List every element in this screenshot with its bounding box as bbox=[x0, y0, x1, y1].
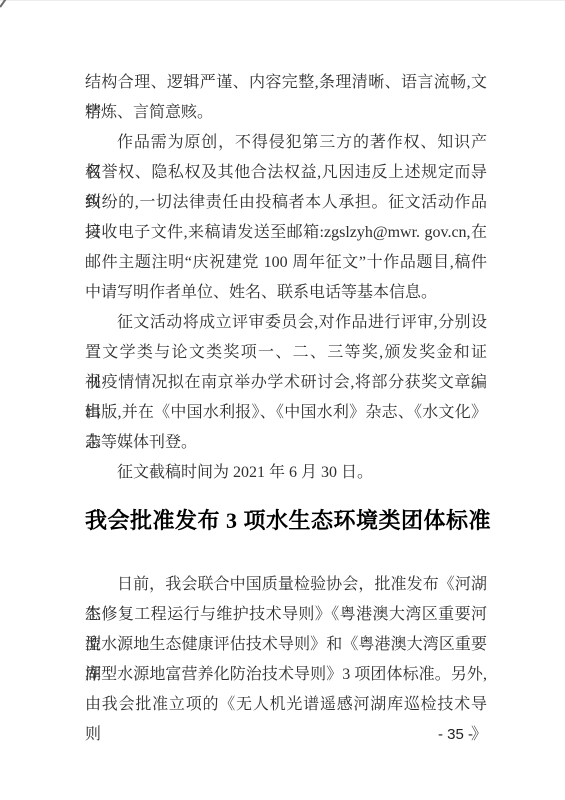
text-line: 置文学类与论文类奖项一、二、三等奖,颁发奖金和证书。 bbox=[85, 338, 487, 368]
text-line: 日前，我会联合中国质量检验协会，批准发布《河湖生 bbox=[85, 570, 487, 600]
section-heading: 我会批准发布 3 项水生态环境类团体标准 bbox=[85, 504, 487, 538]
text-line: 作品需为原创，不得侵犯第三方的著作权、知识产权、 bbox=[85, 128, 487, 158]
text-line: 出版,并在《中国水利报》、《中国水利》杂志、《水文化》杂 bbox=[85, 398, 487, 428]
text-line: 征文截稿时间为 2021 年 6 月 30 日。 bbox=[85, 458, 487, 488]
text-line: 志等媒体刊登。 bbox=[85, 428, 487, 458]
text-line: 名誉权、隐私权及其他合法权益,凡因违反上述规定而导致 bbox=[85, 158, 487, 188]
text-line: 态修复工程运行与维护技术导则》《粤港澳大湾区重要河流 bbox=[85, 600, 487, 630]
scan-artifact bbox=[0, 0, 7, 8]
text-line: 精炼、言简意赅。 bbox=[85, 98, 487, 128]
text-line: 视疫情情况拟在南京举办学术研讨会,将部分获奖文章编辑 bbox=[85, 368, 487, 398]
page-number: - 35 - bbox=[438, 726, 473, 743]
text-line: 由我会批准立项的《无人机光谱遥感河湖库巡检技术导则》 bbox=[85, 690, 487, 720]
text-line: 邮件主题注明“庆祝建党 100 周年征文”十作品题目,稿件 bbox=[85, 248, 487, 278]
text-line: 纠纷的,一切法律责任由投稿者本人承担。征文活动作品只 bbox=[85, 188, 487, 218]
text-line: 结构合理、逻辑严谨、内容完整,条理清晰、语言流畅,文字 bbox=[85, 68, 487, 98]
document-page: 结构合理、逻辑严谨、内容完整,条理清晰、语言流畅,文字精炼、言简意赅。作品需为原… bbox=[0, 0, 565, 800]
text-line: 型水源地生态健康评估技术导则》和《粤港澳大湾区重要湖 bbox=[85, 630, 487, 660]
text-line: 中请写明作者单位、姓名、联系电话等基本信息。 bbox=[85, 278, 487, 308]
document-body: 结构合理、逻辑严谨、内容完整,条理清晰、语言流畅,文字精炼、言简意赅。作品需为原… bbox=[85, 68, 487, 720]
text-line: 接收电子文件,来稿请发送至邮箱:zgslzyh@mwr. gov.cn,在 bbox=[85, 218, 487, 248]
scan-edge-line bbox=[0, 0, 565, 1]
text-line: 征文活动将成立评审委员会,对作品进行评审,分别设 bbox=[85, 308, 487, 338]
text-line: 库型水源地富营养化防治技术导则》3 项团体标准。另外, bbox=[85, 660, 487, 690]
